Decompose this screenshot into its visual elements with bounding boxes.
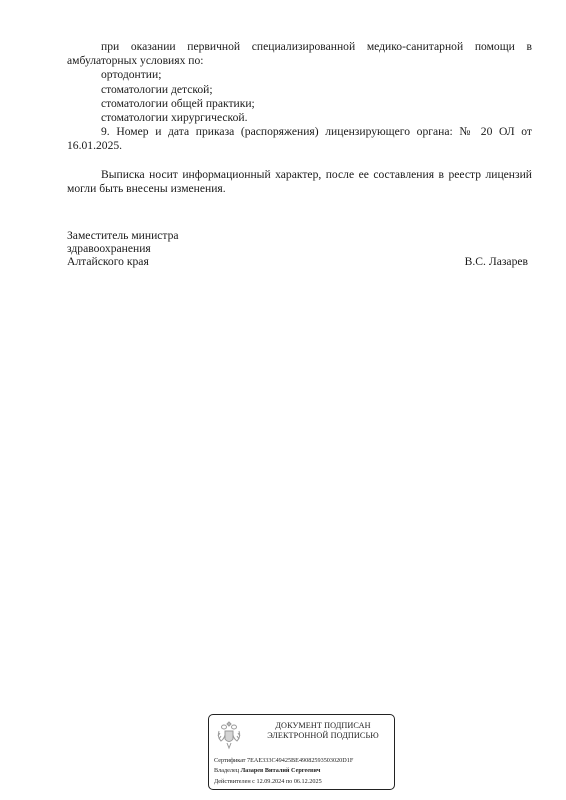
certificate-value: 7EAE333C49425BE49082593503020D1F [247,757,353,764]
stamp-info: Сертификат 7EAE333C49425BE49082593503020… [214,756,353,787]
signature-block: Заместитель министра здравоохранения Алт… [67,230,532,268]
owner-label: Владелец [214,767,239,774]
service-item: стоматологии детской; [67,83,532,97]
validity-line: Действителен с 12.09.2024 по 06.12.2025 [214,777,353,787]
service-item: стоматологии общей практики; [67,97,532,111]
document-body: при оказании первичной специализированно… [67,40,532,196]
signer-position-line: здравоохранения [67,243,532,256]
signer-position-line: Алтайского края [67,256,532,269]
stamp-title-line: ДОКУМЕНТ ПОДПИСАН [253,721,393,731]
intro-paragraph: при оказании первичной специализированно… [67,40,532,68]
service-item: стоматологии хирургической. [67,111,532,125]
certificate-line: Сертификат 7EAE333C49425BE49082593503020… [214,756,353,766]
service-item: ортодонтии; [67,68,532,82]
certificate-label: Сертификат [214,757,246,764]
electronic-signature-stamp: ДОКУМЕНТ ПОДПИСАН ЭЛЕКТРОННОЙ ПОДПИСЬЮ С… [208,714,395,790]
order-number-paragraph: 9. Номер и дата приказа (распоряжения) л… [67,125,532,153]
owner-line: Владелец Лазарев Виталий Сергеевич [214,766,353,776]
document-page: при оказании первичной специализированно… [0,0,566,800]
signer-position-line: Заместитель министра [67,230,532,243]
stamp-title: ДОКУМЕНТ ПОДПИСАН ЭЛЕКТРОННОЙ ПОДПИСЬЮ [253,721,393,741]
coat-of-arms-icon [216,719,242,751]
disclaimer-paragraph: Выписка носит информационный характер, п… [67,168,532,196]
signer-name: В.С. Лазарев [465,256,528,269]
owner-value: Лазарев Виталий Сергеевич [241,767,321,774]
stamp-title-line: ЭЛЕКТРОННОЙ ПОДПИСЬЮ [253,731,393,741]
